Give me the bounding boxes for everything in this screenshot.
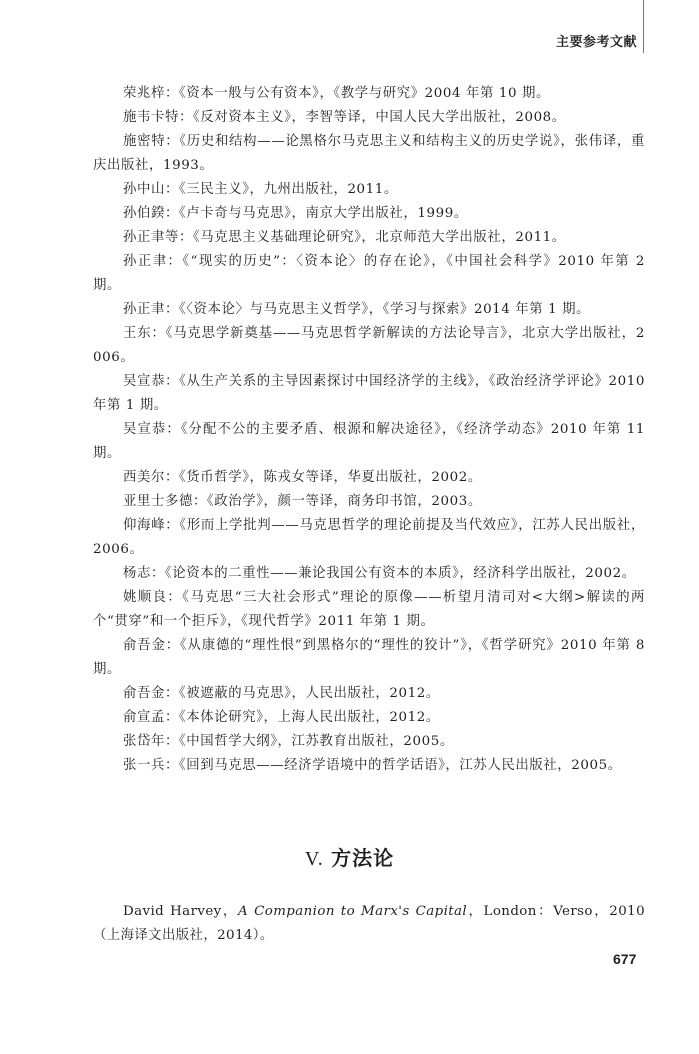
section-number: V. — [305, 848, 324, 870]
reference-entry: David Harvey，A Companion to Marx's Capit… — [93, 900, 645, 948]
reference-entry: 俞吾金：《从康德的“理性恨”到黑格尔的“理性的狡计”》，《哲学研究》2010 年… — [93, 634, 645, 682]
reference-entry: 亚里士多德：《政治学》，颜一等译，商务印书馆，2003。 — [93, 490, 645, 514]
reference-entry: 荣兆梓：《资本一般与公有资本》，《教学与研究》2004 年第 10 期。 — [93, 82, 645, 106]
reference-entry: 施密特：《历史和结构——论黑格尔马克思主义和结构主义的历史学说》，张伟译，重庆出… — [93, 130, 645, 178]
reference-entry: 俞吾金：《被遮蔽的马克思》，人民出版社，2012。 — [93, 682, 645, 706]
reference-entry: 姚顺良：《马克思“三大社会形式”理论的原像——析望月清司对<大纲>解读的两个“贯… — [93, 586, 645, 634]
reference-title: A Companion to Marx's Capital — [238, 904, 467, 919]
reference-entry: 杨志：《论资本的二重性——兼论我国公有资本的本质》，经济科学出版社，2002。 — [93, 562, 645, 586]
section-reference-list: David Harvey，A Companion to Marx's Capit… — [93, 900, 645, 948]
reference-entry: 孙正聿：《“现实的历史”：〈资本论〉的存在论》，《中国社会科学》2010 年第 … — [93, 250, 645, 298]
reference-entry: 仰海峰：《形而上学批判——马克思哲学的理论前提及当代效应》，江苏人民出版社，20… — [93, 514, 645, 562]
reference-entry: 施韦卡特：《反对资本主义》，李智等译，中国人民大学出版社，2008。 — [93, 106, 645, 130]
reference-list: 荣兆梓：《资本一般与公有资本》，《教学与研究》2004 年第 10 期。 施韦卡… — [93, 82, 645, 778]
section-title: 方法论 — [331, 846, 394, 870]
reference-entry: 吴宣恭：《分配不公的主要矛盾、根源和解决途径》，《经济学动态》2010 年第 1… — [93, 418, 645, 466]
reference-entry: 孙正聿：《〈资本论〉与马克思主义哲学》，《学习与探索》2014 年第 1 期。 — [93, 298, 645, 322]
reference-entry: 张岱年：《中国哲学大纲》，江苏教育出版社，2005。 — [93, 730, 645, 754]
running-head-title: 主要参考文献 — [556, 31, 637, 50]
reference-entry: 王东：《马克思学新奠基——马克思哲学新解读的方法论导言》，北京大学出版社，200… — [93, 322, 645, 370]
reference-entry: 吴宣恭：《从生产关系的主导因素探讨中国经济学的主线》，《政治经济学评论》2010… — [93, 370, 645, 418]
header-rule — [643, 0, 644, 53]
reference-author: David Harvey， — [123, 904, 238, 919]
section-heading: V. 方法论 — [0, 842, 699, 871]
reference-entry: 西美尔：《货币哲学》，陈戎女等译，华夏出版社，2002。 — [93, 466, 645, 490]
reference-entry: 孙中山：《三民主义》，九州出版社，2011。 — [93, 178, 645, 202]
reference-entry: 孙正聿等：《马克思主义基础理论研究》，北京师范大学出版社，2011。 — [93, 226, 645, 250]
reference-entry: 孙伯鍨：《卢卡奇与马克思》，南京大学出版社，1999。 — [93, 202, 645, 226]
reference-entry: 张一兵：《回到马克思——经济学语境中的哲学话语》，江苏人民出版社，2005。 — [93, 754, 645, 778]
page-number: 677 — [613, 951, 636, 967]
reference-entry: 俞宣孟：《本体论研究》，上海人民出版社，2012。 — [93, 706, 645, 730]
